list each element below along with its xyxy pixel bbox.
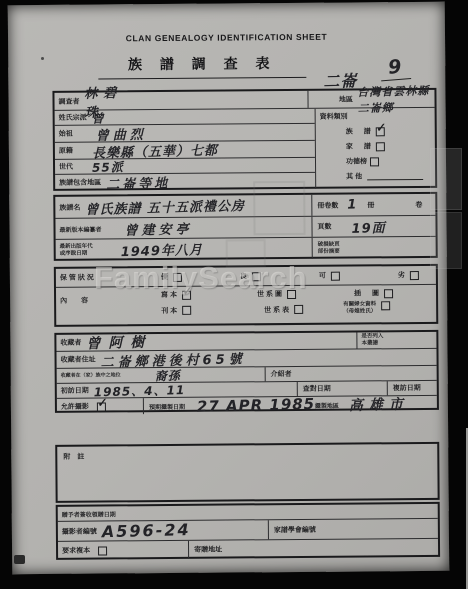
introducer-label: 介紹者: [271, 369, 292, 379]
category-option-merit-board[interactable]: 功德榜: [346, 156, 431, 167]
basic-info-left-column: 姓氏宗派 曾 始祖 曾曲烈 原籍 長樂縣（五華）七都 世代 55派: [55, 109, 317, 191]
first-ancestor-label: 始祖: [59, 129, 73, 139]
content-label: 內容: [60, 295, 146, 306]
divider: [312, 238, 313, 259]
category-option-other[interactable]: 其他: [346, 171, 431, 182]
content-option-women-data[interactable]: 有關婦女資料 （母媳姓氏）: [343, 301, 390, 315]
photo-date-value: 27 APR 1985: [197, 395, 316, 416]
divider: [265, 367, 266, 381]
coverage-label: 族譜包含地區: [59, 178, 101, 188]
genealogy-title-label: 族譜名: [59, 202, 80, 212]
revisit-date-label: 複訪日期: [393, 383, 421, 393]
clan-label: 姓氏宗派: [59, 113, 87, 123]
coverage-value: 二崙等地: [106, 172, 170, 193]
divider: [143, 398, 144, 414]
donation-date-label: 贈予者簽收領贈日期: [62, 509, 116, 518]
fill-in-line[interactable]: [367, 172, 423, 180]
handwritten-sheet-number: 9: [379, 55, 411, 81]
checkbox[interactable]: [331, 271, 340, 280]
photographer-number-label: 攝影者編號: [62, 526, 97, 536]
checkbox[interactable]: [182, 306, 191, 315]
content-options: 寫本 ✓ 世系圖 插 圖 刊: [151, 285, 432, 317]
damage-summary-label: 破損缺頁 部份摘要: [318, 241, 340, 255]
mail-address-label: 寄贈地址: [194, 545, 222, 555]
notes-section: 附 註: [55, 442, 439, 503]
category-option-clan-genealogy[interactable]: 族 譜 ✓: [346, 126, 431, 137]
generations-label: 世代: [59, 162, 73, 172]
photo-area-value: 高雄市: [349, 394, 409, 416]
publication-date-value: 1949年八月: [120, 239, 203, 260]
scan-blemish: [14, 555, 25, 564]
content-option-pedigree-chart[interactable]: 世系圖: [257, 289, 296, 299]
content-option-printed[interactable]: 刊本: [161, 305, 191, 317]
surveyor-label: 調查者: [58, 96, 79, 106]
compiler-label: 最新版本編纂者: [59, 224, 101, 233]
area-value: 台灣省雲林縣二崙鄉: [357, 82, 430, 116]
photo-area-label: 攝製地區: [315, 400, 339, 409]
first-visit-label: 初訪日期: [61, 386, 89, 396]
checkbox[interactable]: [381, 301, 390, 310]
copy-request-label: 要求複本: [62, 546, 90, 556]
checkbox[interactable]: [376, 142, 385, 151]
volume-unit-scroll: 卷: [415, 199, 422, 209]
footer-section: 贈予者簽收領贈日期 攝影者編號 A596-24 家譜學會編號 要求複本 寄贈地址: [56, 502, 440, 560]
data-category-column: 資料類別 族 譜 ✓ 家 譜 功德榜 其他: [316, 108, 436, 189]
checkbox[interactable]: ✓: [182, 290, 191, 299]
genealogy-title-value: 曾氏族譜 五十五派禮公房: [85, 195, 245, 218]
condition-option-poor[interactable]: 劣: [398, 270, 419, 280]
category-option-family-genealogy[interactable]: 家 譜: [346, 141, 431, 152]
condition-content-section: 保管狀況 優 良 可 劣 內容: [54, 264, 438, 327]
condition-option-good[interactable]: 良: [240, 271, 261, 281]
document-sheet: CLAN GENEALOGY IDENTIFICATION SHEET 族 譜 …: [8, 2, 449, 574]
checkbox[interactable]: [173, 272, 182, 281]
divider: [356, 333, 357, 349]
volume-unit-book: 冊: [367, 200, 374, 210]
checkbox[interactable]: [287, 289, 296, 298]
pages-label: 頁數: [317, 222, 331, 232]
checkbox[interactable]: [410, 271, 419, 280]
checkbox[interactable]: [384, 289, 393, 298]
photographer-number-value: A596-24: [102, 520, 191, 541]
form-title-english: CLAN GENEALOGY IDENTIFICATION SHEET: [8, 31, 445, 44]
volumes-label: 冊卷數: [317, 200, 338, 210]
copy-request-checkbox[interactable]: [98, 546, 107, 555]
compiler-value: 曾建安亭: [124, 218, 192, 239]
checkbox[interactable]: [294, 305, 303, 314]
origin-label: 原籍: [59, 146, 73, 156]
holder-section: 收藏者 曾阿樹 是否列入 本叢譜 收藏者住址 二崙鄉港後村65號 收藏者在（家）…: [54, 330, 439, 413]
form-title-chinese: 族 譜 調 查 表: [98, 53, 306, 80]
area-label: 地區: [339, 94, 353, 104]
holder-label: 收藏者: [60, 338, 81, 348]
basic-info-section: 調查者 林碧珠 地區 台灣省雲林縣二崙鄉 姓氏宗派 曾 始祖 曾曲烈: [52, 88, 437, 191]
content-option-manuscript[interactable]: 寫本 ✓: [161, 290, 191, 300]
holder-address-label: 收藏者住址: [61, 355, 96, 365]
holder-position-label: 收藏者在（家）族中之地位: [61, 372, 121, 379]
checkbox[interactable]: [370, 157, 379, 166]
divider: [297, 382, 298, 396]
condition-label: 保管狀況: [60, 272, 146, 283]
divider: [311, 195, 312, 216]
clan-value: 曾: [91, 109, 104, 126]
scanned-page: CLAN GENEALOGY IDENTIFICATION SHEET 族 譜 …: [0, 0, 468, 589]
volumes-value: 1: [347, 197, 357, 212]
divider: [311, 217, 312, 237]
society-number-label: 家譜學會編號: [274, 524, 316, 534]
content-option-pedigree-table[interactable]: 世系表: [264, 304, 303, 316]
content-option-illustrations[interactable]: 插 圖: [354, 288, 393, 298]
checkbox[interactable]: [252, 272, 261, 281]
condition-option-fair[interactable]: 可: [319, 271, 340, 281]
listed-in-collection-label: 是否列入 本叢譜: [361, 333, 383, 347]
first-ancestor-value: 曾曲烈: [96, 123, 147, 143]
notes-label: 附 註: [63, 452, 84, 462]
photo-permit-checkbox[interactable]: ✓: [97, 402, 106, 411]
divider: [268, 520, 269, 539]
genealogy-volume-section: 族譜名 曾氏族譜 五十五派禮公房 冊卷數 1 冊 卷 最新版本編纂者 曾建安亭 …: [53, 192, 438, 261]
photo-date-label: 預期攝製日期: [149, 401, 185, 410]
photo-permit-label: 允許攝影: [61, 402, 89, 412]
divider: [188, 541, 189, 559]
check-mark: ✓: [375, 120, 386, 134]
scan-speck: [41, 57, 44, 60]
condition-option-excellent[interactable]: 優: [161, 272, 182, 282]
checkbox[interactable]: ✓: [376, 127, 385, 136]
pages-value: 19面: [351, 216, 386, 236]
check-date-label: 查對日期: [303, 384, 331, 394]
publication-date-label: 最新出版年代 或序跋日期: [60, 243, 93, 257]
divider: [307, 91, 308, 108]
